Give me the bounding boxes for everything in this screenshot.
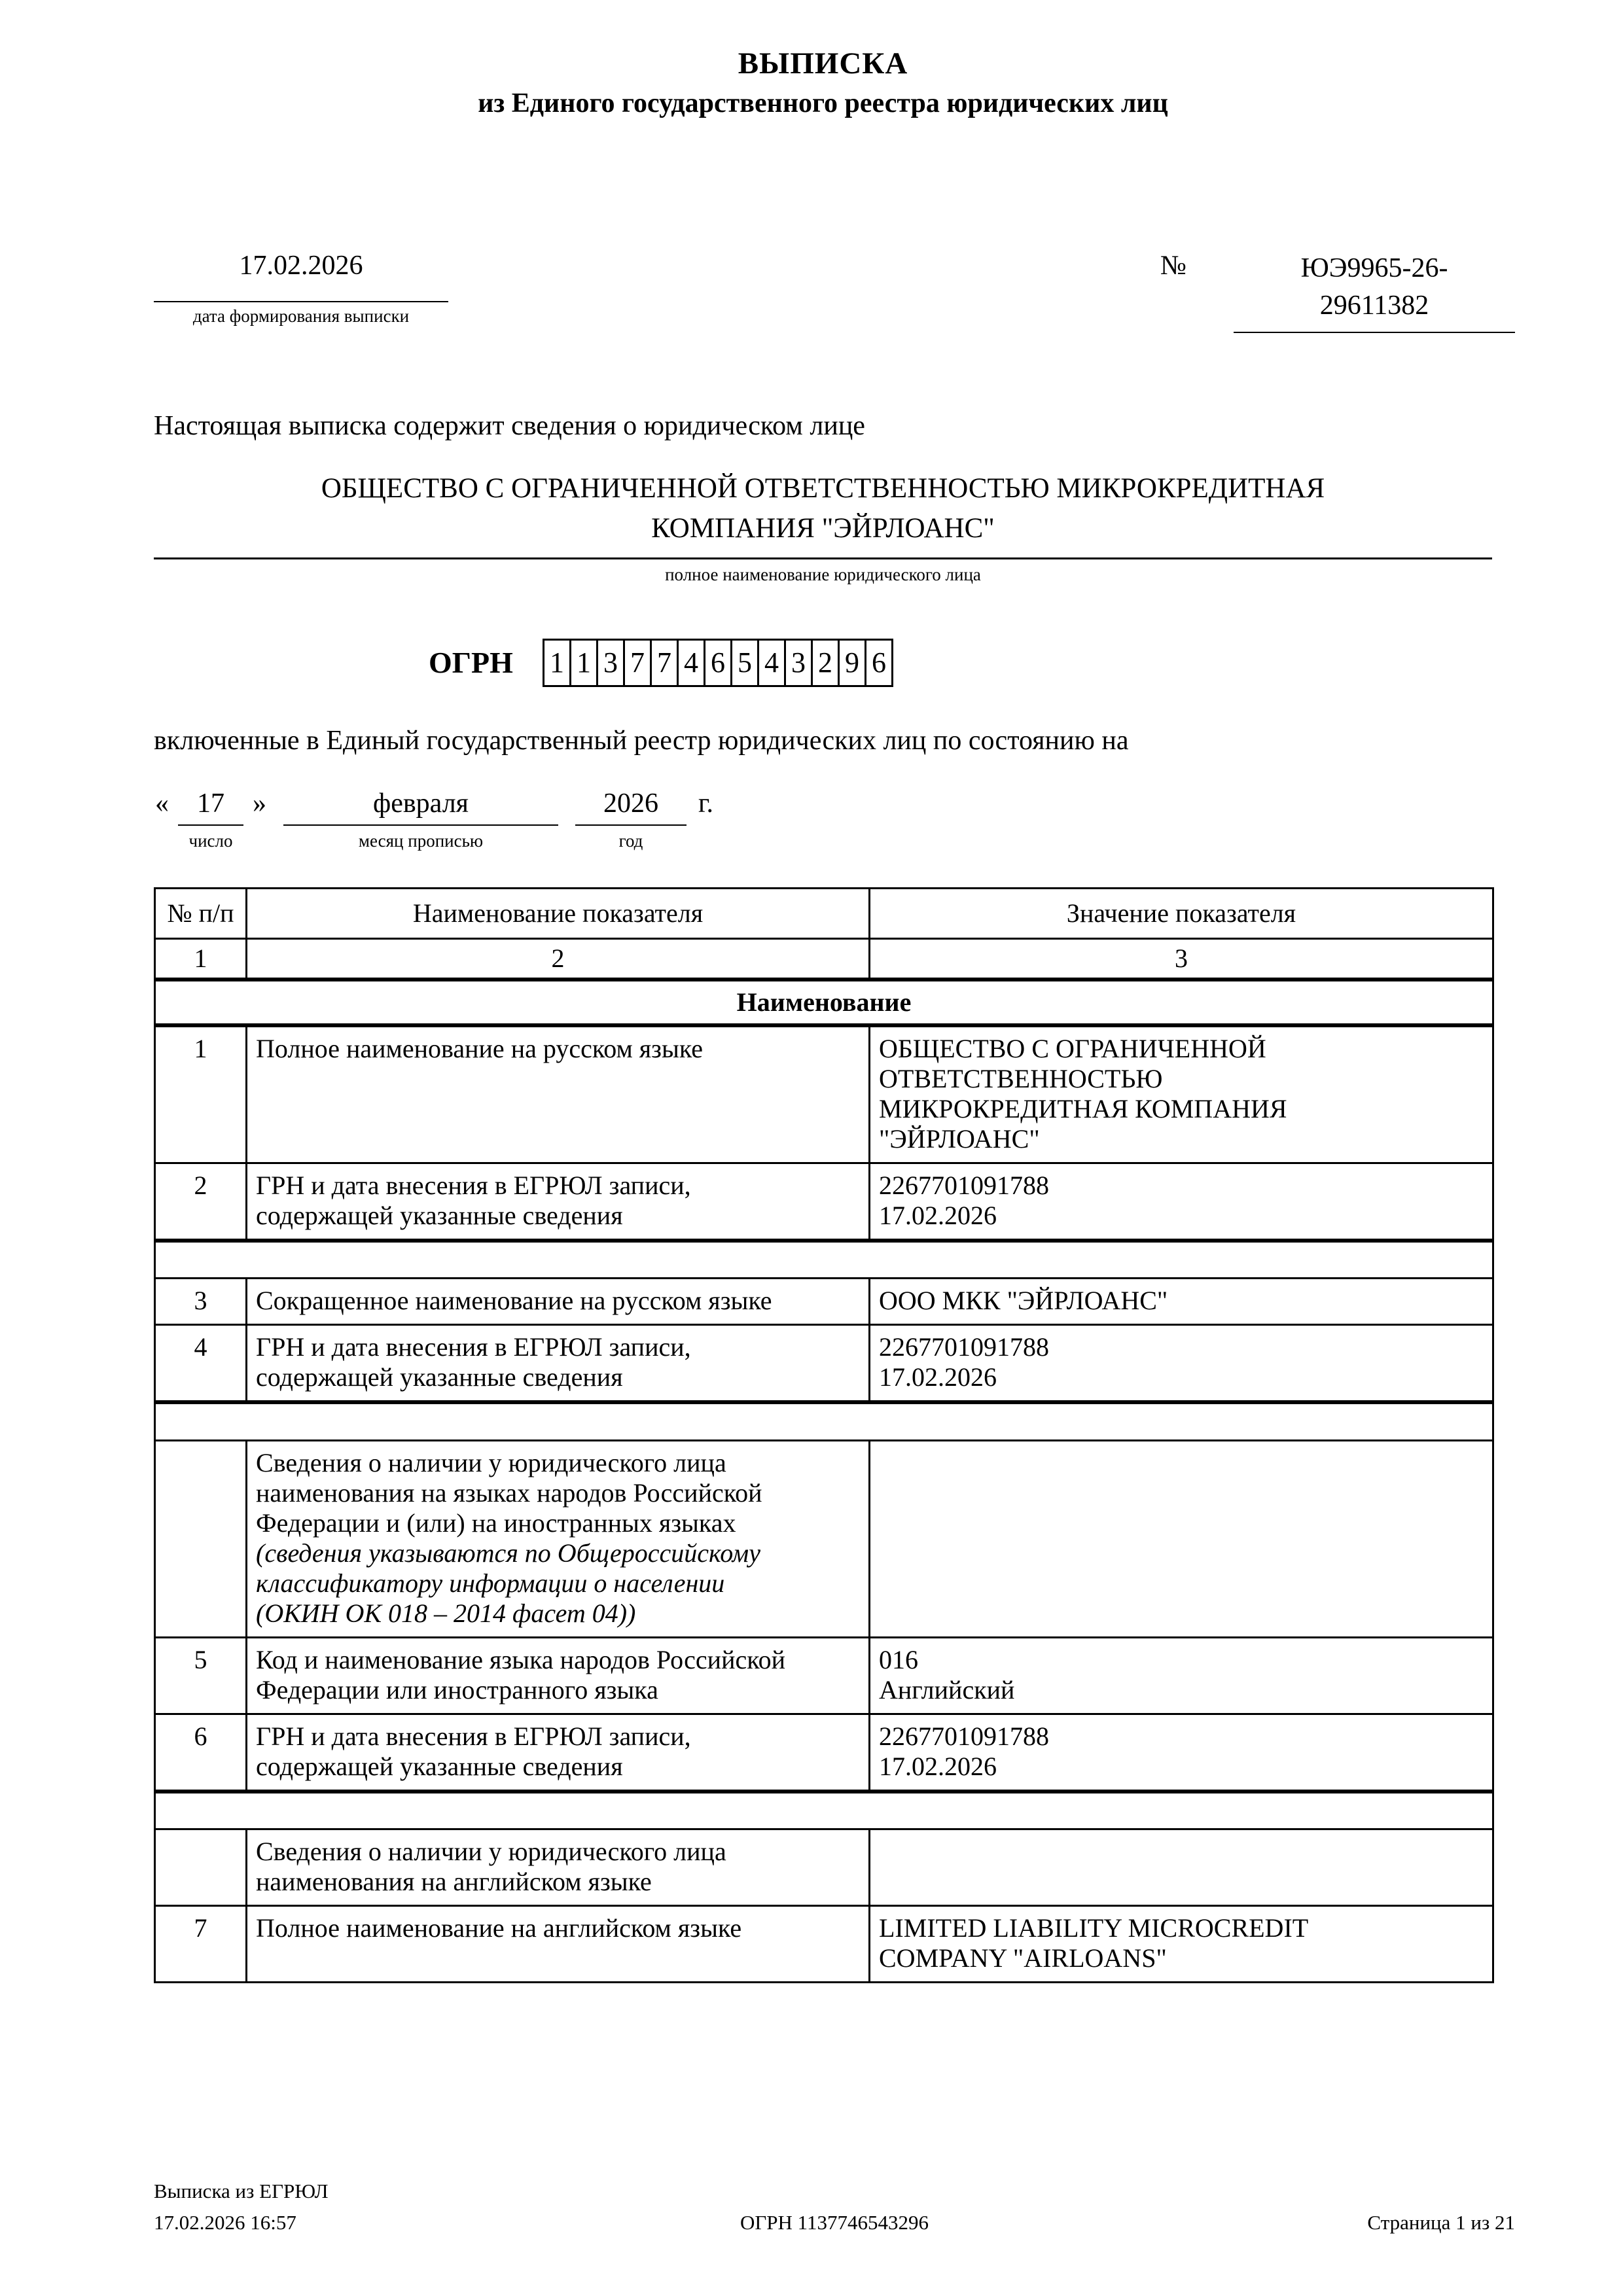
page-footer: Выписка из ЕГРЮЛ 17.02.2026 16:57 ОГРН 1… <box>154 2176 1515 2238</box>
row-value: 2267701091788 17.02.2026 <box>870 1163 1493 1241</box>
document-title: ВЫПИСКА <box>154 46 1492 81</box>
col-header-num: № п/п <box>155 888 247 938</box>
row-number: 5 <box>155 1637 247 1714</box>
group-header-text: Сведения о наличии у юридического лица н… <box>256 1837 726 1896</box>
col-header-name: Наименование показателя <box>247 888 870 938</box>
registry-table: № п/п Наименование показателя Значение п… <box>154 887 1494 1984</box>
ogrn-digit: 4 <box>757 639 786 687</box>
formation-date: 17.02.2026 <box>154 250 448 302</box>
row-value: ОБЩЕСТВО С ОГРАНИЧЕННОЙ ОТВЕТСТВЕННОСТЬЮ… <box>870 1025 1493 1163</box>
table-row: 5 Код и наименование языка народов Росси… <box>155 1637 1493 1714</box>
spacer-row <box>155 1241 1493 1279</box>
ogrn-digit: 7 <box>623 639 652 687</box>
row-number-empty <box>155 1829 247 1906</box>
ogrn-block: ОГРН 1 1 3 7 7 4 6 5 4 3 2 9 6 <box>429 639 1515 687</box>
document-subtitle: из Единого государственного реестра юрид… <box>154 88 1492 119</box>
ogrn-digit: 3 <box>596 639 625 687</box>
state-date-block: « 17 число » февраля месяц прописью 2026… <box>154 788 1515 851</box>
state-date-year-label: год <box>575 826 687 851</box>
table-row: 4 ГРН и дата внесения в ЕГРЮЛ записи, со… <box>155 1325 1493 1403</box>
col-header-value: Значение показателя <box>870 888 1493 938</box>
open-quote: « <box>154 788 178 819</box>
table-row: 2 ГРН и дата внесения в ЕГРЮЛ записи, со… <box>155 1163 1493 1241</box>
state-date-month: февраля <box>283 788 558 826</box>
group-header-row: Сведения о наличии у юридического лица н… <box>155 1829 1493 1906</box>
column-number: 3 <box>870 938 1493 980</box>
row-name: ГРН и дата внесения в ЕГРЮЛ записи, соде… <box>247 1325 870 1403</box>
table-header-row: № п/п Наименование показателя Значение п… <box>155 888 1493 938</box>
row-number: 2 <box>155 1163 247 1241</box>
table-row: 3 Сокращенное наименование на русском яз… <box>155 1279 1493 1325</box>
state-date-month-field: февраля месяц прописью <box>283 788 558 851</box>
column-number: 2 <box>247 938 870 980</box>
footer-page-indicator: Страница 1 из 21 <box>1070 2207 1515 2238</box>
statement-text: Настоящая выписка содержит сведения о юр… <box>154 410 1515 442</box>
header-meta: 17.02.2026 дата формирования выписки № Ю… <box>154 250 1515 333</box>
column-number-row: 1 2 3 <box>155 938 1493 980</box>
row-value-empty <box>870 1829 1493 1906</box>
spacer-row <box>155 1402 1493 1440</box>
state-date-year-field: 2026 год <box>575 788 687 851</box>
table-row: 7 Полное наименование на английском язык… <box>155 1906 1493 1983</box>
group-header-note: (сведения указываются по Общероссийскому… <box>256 1538 806 1629</box>
formation-date-label: дата формирования выписки <box>154 302 448 327</box>
formation-date-block: 17.02.2026 дата формирования выписки <box>154 250 448 327</box>
document-number-block: № ЮЭ9965-26-29611382 <box>1160 250 1515 333</box>
ogrn-digit: 1 <box>569 639 598 687</box>
ogrn-digit: 3 <box>784 639 813 687</box>
state-date-year: 2026 <box>575 788 687 826</box>
number-sign: № <box>1160 250 1186 281</box>
state-date-day-field: 17 число <box>178 788 243 851</box>
row-name: Полное наименование на русском языке <box>247 1025 870 1163</box>
footer-doc-info: Выписка из ЕГРЮЛ 17.02.2026 16:57 <box>154 2176 599 2238</box>
section-title: Наименование <box>155 980 1493 1025</box>
company-full-name: ОБЩЕСТВО С ОГРАНИЧЕННОЙ ОТВЕТСТВЕННОСТЬЮ… <box>241 469 1406 548</box>
state-date-month-label: месяц прописью <box>283 826 558 851</box>
ogrn-digit: 1 <box>543 639 571 687</box>
row-value-empty <box>870 1440 1493 1637</box>
group-header-row: Сведения о наличии у юридического лица н… <box>155 1440 1493 1637</box>
document-number-underline: ЮЭ9965-26-29611382 <box>1234 250 1515 333</box>
column-number: 1 <box>155 938 247 980</box>
company-name-block: ОБЩЕСТВО С ОГРАНИЧЕННОЙ ОТВЕТСТВЕННОСТЬЮ… <box>154 469 1492 559</box>
row-name: Полное наименование на английском языке <box>247 1906 870 1983</box>
row-value: ООО МКК "ЭЙРЛОАНС" <box>870 1279 1493 1325</box>
close-quote: » <box>243 788 268 819</box>
state-date-day-label: число <box>178 826 243 851</box>
ogrn-label: ОГРН <box>429 645 513 680</box>
row-name: ГРН и дата внесения в ЕГРЮЛ записи, соде… <box>247 1714 870 1792</box>
row-value: 016 Английский <box>870 1637 1493 1714</box>
ogrn-digit: 4 <box>677 639 705 687</box>
document-number: ЮЭ9965-26-29611382 <box>1273 250 1476 324</box>
row-number: 4 <box>155 1325 247 1403</box>
footer-doc-type: Выписка из ЕГРЮЛ <box>154 2176 599 2207</box>
document-page: ВЫПИСКА из Единого государственного реес… <box>0 0 1623 1983</box>
row-number: 3 <box>155 1279 247 1325</box>
ogrn-digit: 9 <box>838 639 866 687</box>
group-header: Сведения о наличии у юридического лица н… <box>247 1829 870 1906</box>
row-name: Код и наименование языка народов Российс… <box>247 1637 870 1714</box>
ogrn-digit: 6 <box>865 639 893 687</box>
table-row: 1 Полное наименование на русском языке О… <box>155 1025 1493 1163</box>
ogrn-digit: 5 <box>730 639 759 687</box>
state-date-day: 17 <box>178 788 243 826</box>
ogrn-digit-boxes: 1 1 3 7 7 4 6 5 4 3 2 9 6 <box>543 639 893 687</box>
company-name-label: полное наименование юридического лица <box>154 565 1492 585</box>
row-value: 2267701091788 17.02.2026 <box>870 1714 1493 1792</box>
ogrn-digit: 7 <box>650 639 679 687</box>
row-number: 7 <box>155 1906 247 1983</box>
ogrn-digit: 2 <box>811 639 840 687</box>
included-text: включенные в Единый государственный реес… <box>154 725 1515 756</box>
ogrn-digit: 6 <box>704 639 732 687</box>
row-name: ГРН и дата внесения в ЕГРЮЛ записи, соде… <box>247 1163 870 1241</box>
group-header: Сведения о наличии у юридического лица н… <box>247 1440 870 1637</box>
footer-generated-at: 17.02.2026 16:57 <box>154 2207 599 2238</box>
table-row: 6 ГРН и дата внесения в ЕГРЮЛ записи, со… <box>155 1714 1493 1792</box>
row-number: 6 <box>155 1714 247 1792</box>
row-value: LIMITED LIABILITY MICROCREDIT COMPANY "A… <box>870 1906 1493 1983</box>
section-header-row: Наименование <box>155 980 1493 1025</box>
year-suffix: г. <box>698 788 713 819</box>
spacer-row <box>155 1792 1493 1829</box>
row-name: Сокращенное наименование на русском язык… <box>247 1279 870 1325</box>
row-value: 2267701091788 17.02.2026 <box>870 1325 1493 1403</box>
group-header-text: Сведения о наличии у юридического лица н… <box>256 1448 762 1538</box>
footer-ogrn: ОГРН 1137746543296 <box>599 2207 1070 2238</box>
row-number: 1 <box>155 1025 247 1163</box>
row-number-empty <box>155 1440 247 1637</box>
